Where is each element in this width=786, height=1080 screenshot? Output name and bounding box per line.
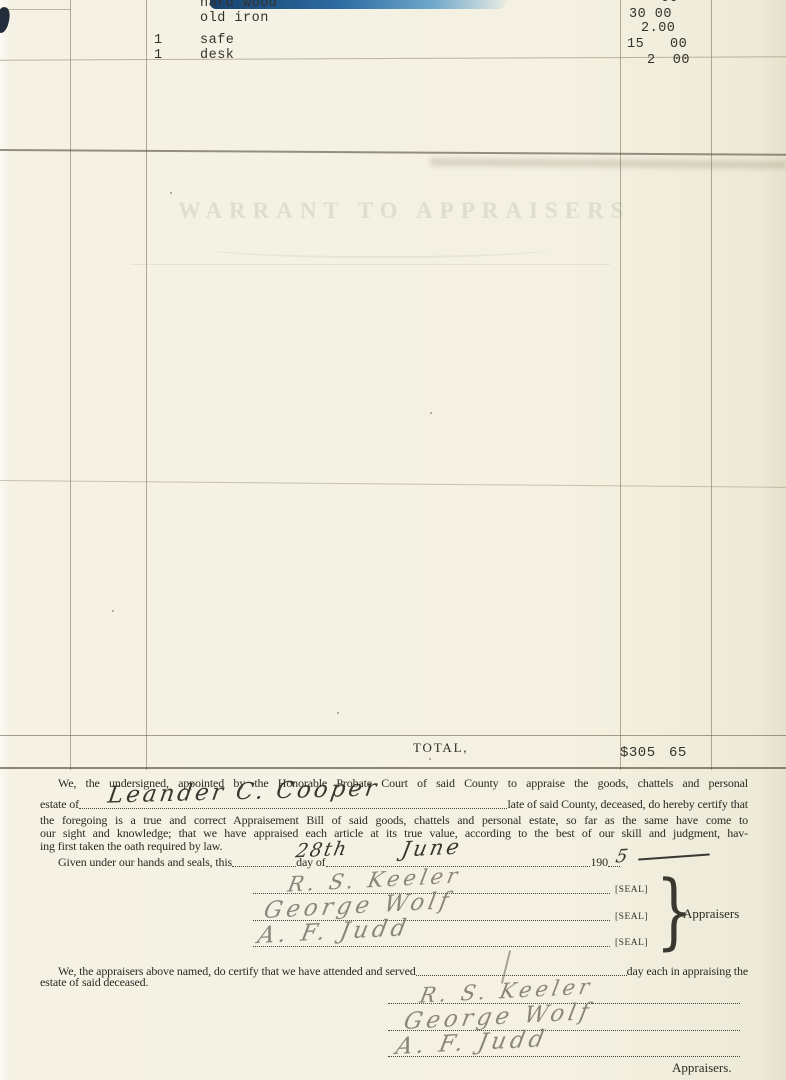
ink-speck	[112, 610, 114, 612]
table-column-rule-2	[146, 0, 147, 770]
year-prefix-label: 190	[590, 856, 608, 869]
ink-speck	[170, 192, 172, 194]
ledger-amount: 15 00	[627, 37, 687, 52]
ink-speck	[430, 412, 432, 414]
ledger-amount: 30 00	[629, 7, 672, 22]
ledger-item-qty: 1	[154, 33, 163, 48]
paper-crease-middle	[0, 480, 786, 488]
ledger-amount: 2.00	[641, 21, 675, 36]
certificate-line-5: ing first taken the oath required by law…	[40, 840, 748, 853]
estate-of-label: estate of	[40, 798, 79, 811]
bleed-through-title: WARRANT TO APPRAISERS	[178, 198, 638, 224]
appraisers-group-label: Appraisers	[683, 906, 739, 922]
handwritten-day: 28th	[294, 838, 350, 863]
ledger-item-description: desk	[200, 48, 234, 63]
scan-shadow-band	[430, 158, 786, 168]
total-label: TOTAL,	[413, 740, 468, 756]
table-column-rule-3	[620, 0, 621, 770]
bottom-appraisers-label: Appraisers.	[672, 1060, 732, 1076]
ledger-amount: 2 00	[647, 53, 690, 68]
dotted-blank-day	[232, 866, 296, 867]
handwritten-month: June	[400, 834, 465, 861]
faint-bleed-rule	[130, 264, 610, 265]
seal-label-2: [SEAL]	[615, 912, 648, 922]
corner-ink-mark	[0, 6, 12, 34]
given-under-text: Given under our hands and seals, this	[40, 856, 232, 869]
ledger-amount-clipped: 00	[661, 0, 678, 6]
bleed-through-handwriting	[210, 240, 550, 258]
total-row-bottom-rule	[0, 767, 786, 769]
total-cents: 65	[669, 745, 687, 761]
ink-speck	[429, 758, 431, 760]
header-rule-left	[0, 9, 71, 10]
late-of-county-text: late of said County, deceased, do hereby…	[507, 798, 748, 811]
scanned-appraisement-document: hard wood old iron 1 safe 1 desk 00 30 0…	[0, 0, 786, 1080]
ink-speck	[337, 712, 339, 714]
ledger-item-description: safe	[200, 33, 234, 48]
dotted-blank-estate-name	[79, 808, 508, 809]
seal-label-1: [SEAL]	[615, 885, 648, 895]
ledger-item-qty: 1	[154, 48, 163, 63]
table-section-rule	[0, 149, 786, 155]
attendance-line-2: estate of said deceased.	[40, 976, 748, 989]
total-row-top-rule	[0, 735, 786, 736]
ledger-item-description: hard wood	[200, 0, 277, 11]
ledger-item-description: old iron	[200, 11, 269, 26]
table-column-rule-1	[70, 0, 71, 770]
total-dollars: $305	[620, 745, 656, 761]
table-column-rule-4	[711, 0, 712, 770]
seal-label-3: [SEAL]	[615, 938, 648, 948]
